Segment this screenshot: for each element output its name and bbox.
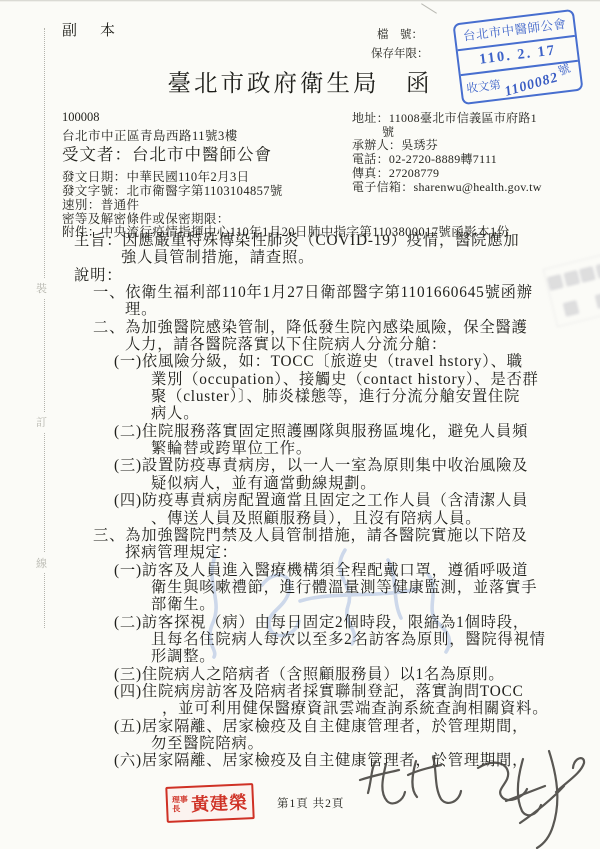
body-line: (一)訪客及人員進入醫療機構須全程配戴口罩，遵循呼吸道 [74, 562, 579, 579]
faint-seal-glyph [563, 269, 580, 286]
body-line: 病人。 [74, 405, 579, 422]
binding-dotted-line [44, 28, 45, 628]
body-line: 形調整。 [74, 648, 579, 665]
faint-seal-glyph [594, 292, 600, 309]
body-line: 一、依衛生福利部110年1月27日衛部醫字第1101660645號函辦 [74, 284, 579, 301]
faint-seal-glyph [595, 261, 600, 278]
body-line: (五)居家隔離、居家檢疫及自主健康管理者，於管理期間， [74, 718, 579, 735]
receipt-stamp-handwritten-number: 1100082 [502, 65, 562, 105]
body-line: 勿至醫院陪病。 [74, 735, 579, 752]
file-number-label: 檔 號： [377, 26, 423, 42]
zip-code: 100008 [62, 110, 100, 125]
chairman-stamp: 理事長 黃建榮 [165, 783, 254, 823]
body-line: (三)設置防疫專責病房，以一人一室為原則集中收治風險及 [74, 457, 579, 474]
body-line: 業別（occupation）、接觸史（contact history）、是否群 [74, 371, 579, 388]
retention-period-label: 保存年限： [371, 45, 429, 61]
faint-seal-glyph [547, 273, 564, 290]
body-line: 探病管理規定： [74, 544, 579, 561]
recipient-line: 受文者：台北市中醫師公會 [62, 141, 272, 165]
copy-label: 副 本 [62, 19, 119, 40]
receipt-stamp-received-label: 收文第 [466, 79, 502, 95]
body-line: 且每名住院病人每次以至多2名訪客為原則，醫院得視情 [74, 631, 579, 648]
body-line: 部衛生。 [74, 596, 579, 613]
body-line: 主旨：因應嚴重特殊傳染性肺炎（COVID-19）疫情，醫院應加 [74, 232, 579, 249]
page-number: 第1頁 共2頁 [277, 795, 344, 811]
binding-mark-xian: 線 [36, 553, 47, 573]
body-line: (二)住院服務落實固定照護團隊與服務區塊化，避免人員頻 [74, 423, 579, 440]
body-line: 繁輪替或跨單位工作。 [74, 440, 579, 457]
body-line: 說明： [74, 267, 579, 284]
chairman-stamp-title: 理事長 [172, 795, 190, 814]
faint-seal-glyph [579, 265, 596, 282]
scan-scratch-mark [421, 3, 437, 13]
chairman-stamp-name: 黃建榮 [190, 788, 248, 816]
body-line: 三、為加強醫院門禁及人員管制措施，請各醫院實施以下陪及 [74, 527, 579, 544]
body-line: 理。 [74, 301, 579, 318]
body-line: 聚（cluster）〕、肺炎樣態等，進行分流分艙安置住院 [74, 388, 579, 405]
body-line: 二、為加強醫院感染管制，降低發生院內感染風險，保全醫護 [74, 319, 579, 336]
document-page: 副 本 檔 號： 保存年限： 臺北市政府衛生局 函 台北市中醫師公會 110. … [0, 0, 600, 849]
binding-mark-zhuang: 裝 [36, 278, 47, 298]
body-text: 主旨：因應嚴重特殊傳染性肺炎（COVID-19）疫情，醫院應加強人員管制措施，請… [74, 232, 579, 770]
body-line: ，並可利用健保醫療資訊雲端查詢系統查詢相關資料。 [74, 700, 579, 717]
binding-mark-ding: 訂 [36, 412, 47, 432]
body-line: (四)防疫專責病房配置適當且固定之工作人員（含清潔人員 [74, 492, 579, 509]
body-line: 強人員管制措施，請查照。 [74, 249, 579, 266]
receipt-stamp: 台北市中醫師公會 110. 2. 17 收文第 1100082 號 [452, 9, 583, 105]
body-line: 衛生與咳嗽禮節，進行體溫量測等健康監測，並落實手 [74, 579, 579, 596]
contact-address-line-1: 地址：11008臺北市信義區市府路1 [352, 109, 537, 126]
body-line: 人力，請各醫院落實以下住院病人分流分艙： [74, 336, 579, 353]
body-line: (四)住院病房訪客及陪病者採實聯制登記，落實詢問TOCC [74, 683, 579, 700]
body-line: (六)居家隔離、居家檢疫及自主健康管理者，於管理期間， [74, 752, 579, 769]
body-line: (三)住院病人之陪病者（含照顧服務員）以1名為原則。 [74, 666, 579, 683]
scan-top-edge [0, 0, 600, 2]
body-line: 疑似病人，並有適當動線規劃。 [74, 475, 579, 492]
body-line: (一)依風險分級，如：TOCC〔旅遊史（travel hstory）、職 [74, 353, 579, 370]
contact-email-line: 電子信箱：sharenwu@health.gov.tw [352, 178, 542, 195]
faint-seal-glyph [562, 300, 579, 317]
body-line: 、傳送人員及照顧服務員），且沒有陪病人員。 [74, 510, 579, 527]
body-line: (二)訪客探視（病）由每日固定2個時段，限縮為1個時段， [74, 614, 579, 631]
